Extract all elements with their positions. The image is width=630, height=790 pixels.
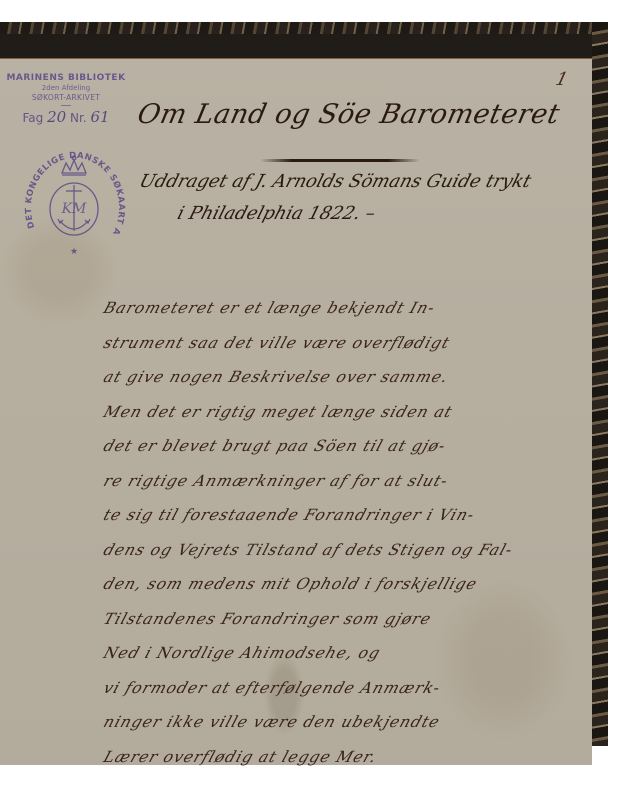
stamp-shelfmark: Fag 20 Nr. 61: [6, 108, 126, 126]
body-line: strument saa det ville være overflødigt: [98, 326, 579, 361]
body-line: den, som medens mit Ophold i forskjellig…: [98, 567, 579, 602]
manuscript-subtitle-line-1: Uddraget af J. Arnolds Sömans Guide tryk…: [137, 171, 534, 192]
crown-anchor-emblem-icon: DET KONGELIGE DANSKE SØKAART ARCHIV: [22, 141, 126, 259]
body-line: re rigtige Anmærkninger af for at slut-: [98, 464, 579, 499]
body-line: Barometeret er et længe bekjendt In-: [98, 291, 579, 326]
page-number: 1: [553, 69, 570, 90]
body-line: Ned i Nordlige Ahimodsehe, og: [98, 636, 579, 671]
body-line: vi formoder at efterfølgende Anmærk-: [98, 671, 579, 706]
body-line: ninger ikke ville være den ubekjendte: [98, 705, 579, 740]
marbled-cover-top-edge: [0, 22, 606, 34]
stamp-nr-value: 61: [90, 108, 109, 126]
body-line: det er blevet brugt paa Söen til at gjø-: [98, 429, 579, 464]
royal-archive-stamp: DET KONGELIGE DANSKE SØKAART ARCHIV: [22, 141, 126, 259]
stamp-fag-value: 20: [47, 108, 66, 126]
stamp-divider: [61, 105, 71, 106]
stamp-nr-label: Nr.: [70, 111, 87, 125]
stamp-department: 2den Afdeling: [6, 84, 126, 92]
round-stamp-monogram: KM: [61, 201, 87, 217]
body-line: Lærer overflødig at legge Mer.: [98, 740, 579, 775]
manuscript-body: Barometeret er et længe bekjendt In- str…: [104, 291, 574, 774]
body-line: Men det er rigtig meget længe siden at: [98, 395, 579, 430]
library-stamp: MARINENS BIBLIOTEK 2den Afdeling SØKORT-…: [6, 73, 126, 126]
body-line: Tilstandenes Forandringer som gjøre: [98, 602, 579, 637]
title-underline-flourish: [260, 159, 420, 162]
stamp-library-name: MARINENS BIBLIOTEK: [6, 73, 126, 83]
stamp-fag-label: Fag: [22, 111, 43, 125]
body-line: at give nogen Beskrivelse over samme.: [98, 360, 579, 395]
manuscript-page: 1 MARINENS BIBLIOTEK 2den Afdeling SØKOR…: [0, 58, 592, 765]
manuscript-title: Om Land og Söe Barometeret: [135, 99, 563, 130]
stamp-archive: SØKORT-ARKIVET: [6, 93, 126, 102]
marbled-cover-right-edge: [592, 22, 608, 746]
book-cover: 1 MARINENS BIBLIOTEK 2den Afdeling SØKOR…: [0, 22, 608, 746]
body-line: dens og Vejrets Tilstand af dets Stigen …: [98, 533, 579, 568]
manuscript-subtitle-line-2: i Philadelphia 1822. –: [175, 203, 378, 224]
body-line: te sig til forestaaende Forandringer i V…: [98, 498, 579, 533]
star-icon: ★: [70, 247, 78, 257]
